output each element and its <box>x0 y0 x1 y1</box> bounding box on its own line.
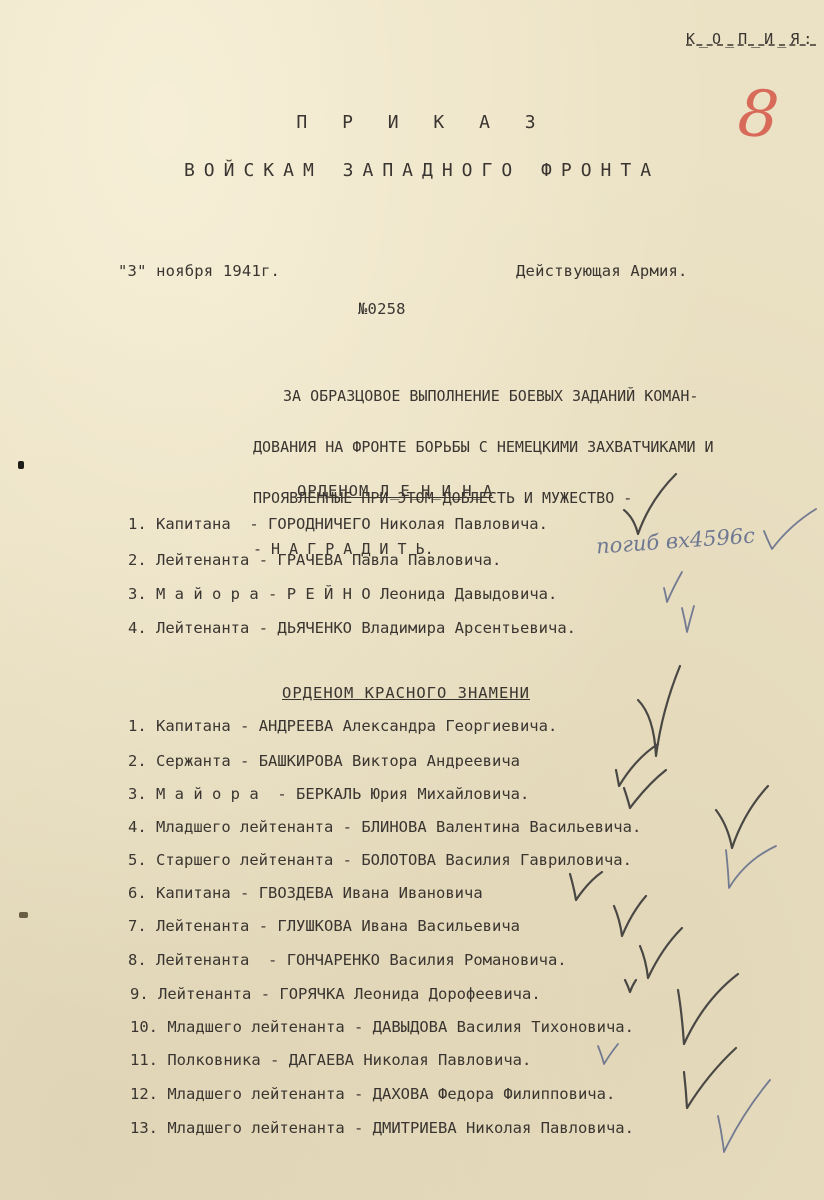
item-number: 8. <box>128 951 147 969</box>
order-place: Действующая Армия. <box>516 262 688 280</box>
item-name: БОЛОТОВА Василия Гавриловича. <box>361 851 632 869</box>
item-name: БЕРКАЛЬ Юрия Михайловича. <box>296 785 529 803</box>
item-rank: Полковника <box>167 1051 260 1069</box>
item-name: ДЬЯЧЕНКО Владимира Арсентьевича. <box>277 619 576 637</box>
item-rank: М а й о р а <box>156 785 259 803</box>
list-item: 9. Лейтенанта - ГОРЯЧКА Леонида Дорофеев… <box>130 985 541 1003</box>
item-number: 4. <box>128 619 147 637</box>
check-mark-icon <box>594 1040 624 1070</box>
item-number: 12. <box>130 1085 158 1103</box>
list-item: 8. Лейтенанта - ГОНЧАРЕНКО Василия Роман… <box>128 951 567 969</box>
list-item: 3. М а й о р а - БЕРКАЛЬ Юрия Михайлович… <box>128 785 529 803</box>
item-number: 3. <box>128 585 147 603</box>
list-item: 3. М а й о р а - Р Е Й Н О Леонида Давыд… <box>128 585 557 603</box>
item-rank: Лейтенанта <box>156 951 249 969</box>
item-name: ГЛУШКОВА Ивана Васильевича <box>277 917 520 935</box>
item-number: 1. <box>128 717 147 735</box>
check-mark-icon <box>620 470 680 540</box>
order-number: №0258 <box>358 300 406 318</box>
item-rank: Лейтенанта <box>156 917 249 935</box>
list-item: 2. Сержанта - БАШКИРОВА Виктора Андрееви… <box>128 752 520 770</box>
check-mark-icon <box>678 602 698 636</box>
item-name: ДАГАЕВА Николая Павловича. <box>289 1051 532 1069</box>
list-item: 13. Младшего лейтенанта - ДМИТРИЕВА Нико… <box>130 1119 634 1137</box>
paper-blemish <box>19 912 28 918</box>
item-name: АНДРЕЕВА Александра Георгиевича. <box>259 717 558 735</box>
list-item: 7. Лейтенанта - ГЛУШКОВА Ивана Васильеви… <box>128 917 520 935</box>
list-item: 12. Младшего лейтенанта - ДАХОВА Федора … <box>130 1085 615 1103</box>
check-mark-icon <box>658 566 688 606</box>
list-item: 4. Лейтенанта - ДЬЯЧЕНКО Владимира Арсен… <box>128 619 576 637</box>
check-mark-icon <box>760 505 820 555</box>
item-name: ГРАЧЕВА Павла Павловича. <box>277 551 501 569</box>
item-rank: М а й о р а <box>156 585 259 603</box>
item-number: 11. <box>130 1051 158 1069</box>
check-mark-icon <box>566 868 606 908</box>
list-item: 11. Полковника - ДАГАЕВА Николая Павлови… <box>130 1051 531 1069</box>
item-number: 5. <box>128 851 147 869</box>
item-name: Р Е Й Н О Леонида Давыдовича. <box>287 585 558 603</box>
item-name: БАШКИРОВА Виктора Андреевича <box>259 752 520 770</box>
list-item: 1. Капитана - ГОРОДНИЧЕГО Николая Павлов… <box>128 515 548 533</box>
item-number: 13. <box>130 1119 158 1137</box>
item-rank: Лейтенанта <box>156 551 249 569</box>
item-number: 10. <box>130 1018 158 1036</box>
section-heading-order-of-red-banner: ОРДЕНОМ КРАСНОГО ЗНАМЕНИ <box>282 684 530 702</box>
list-item: 6. Капитана - ГВОЗДЕВА Ивана Ивановича <box>128 884 483 902</box>
item-number: 2. <box>128 752 147 770</box>
item-name: ГОНЧАРЕНКО Василия Романовича. <box>287 951 567 969</box>
item-name: БЛИНОВА Валентина Васильевича. <box>361 818 641 836</box>
item-name: ГВОЗДЕВА Ивана Ивановича <box>259 884 483 902</box>
item-number: 6. <box>128 884 147 902</box>
section-heading-order-of-lenin: ОРДЕНОМ Л_Е_Н_И_Н_А <box>297 482 493 500</box>
check-mark-icon <box>620 766 670 816</box>
list-item: 5. Старшего лейтенанта - БОЛОТОВА Васили… <box>128 851 632 869</box>
list-item: 10. Младшего лейтенанта - ДАВЫДОВА Васил… <box>130 1018 634 1036</box>
check-mark-icon <box>722 842 782 892</box>
item-name: ГОРЯЧКА Леонида Дорофеевича. <box>279 985 540 1003</box>
item-name: ДМИТРИЕВА Николая Павловича. <box>373 1119 634 1137</box>
item-number: 4. <box>128 818 147 836</box>
item-rank: Капитана <box>156 884 231 902</box>
item-rank: Капитана <box>156 515 231 533</box>
check-mark-icon <box>622 976 642 996</box>
paper-blemish <box>18 461 24 469</box>
item-number: 9. <box>130 985 149 1003</box>
item-rank: Капитана <box>156 717 231 735</box>
list-item: 4. Младшего лейтенанта - БЛИНОВА Валенти… <box>128 818 641 836</box>
item-name: ГОРОДНИЧЕГО Николая Павловича. <box>268 515 548 533</box>
item-name: ДАХОВА Федора Филипповича. <box>373 1085 616 1103</box>
item-number: 3. <box>128 785 147 803</box>
item-rank: Лейтенанта <box>158 985 251 1003</box>
preamble-line: ДОВАНИЯ НА ФРОНТЕ БОРЬБЫ С НЕМЕЦКИМИ ЗАХ… <box>253 439 714 456</box>
item-rank: Старшего лейтенанта <box>156 851 333 869</box>
item-number: 2. <box>128 551 147 569</box>
list-item: 1. Капитана - АНДРЕЕВА Александра Георги… <box>128 717 557 735</box>
preamble-line: ЗА ОБРАЗЦОВОЕ ВЫПОЛНЕНИЕ БОЕВЫХ ЗАДАНИЙ … <box>253 388 714 405</box>
item-rank: Младшего лейтенанта <box>167 1018 344 1036</box>
item-rank: Младшего лейтенанта <box>167 1085 344 1103</box>
archival-document-page: К_О_П_И_Я: 8 П Р И К А З ВОЙСКАМ ЗАПАДНО… <box>0 0 824 1200</box>
document-subtitle: ВОЙСКАМ ЗАПАДНОГО ФРОНТА <box>0 160 824 181</box>
item-rank: Сержанта <box>156 752 231 770</box>
check-mark-icon <box>714 1076 774 1156</box>
item-rank: Лейтенанта <box>156 619 249 637</box>
check-mark-icon <box>674 970 744 1050</box>
item-rank: Младшего лейтенанта <box>156 818 333 836</box>
order-date: "3" ноября 1941г. <box>118 262 280 280</box>
item-rank: Младшего лейтенанта <box>167 1119 344 1137</box>
list-item: 2. Лейтенанта - ГРАЧЕВА Павла Павловича. <box>128 551 501 569</box>
item-number: 1. <box>128 515 147 533</box>
document-title: П Р И К А З <box>0 112 824 133</box>
copy-mark: К_О_П_И_Я: <box>686 30 816 48</box>
item-number: 7. <box>128 917 147 935</box>
item-name: ДАВЫДОВА Василия Тихоновича. <box>373 1018 634 1036</box>
